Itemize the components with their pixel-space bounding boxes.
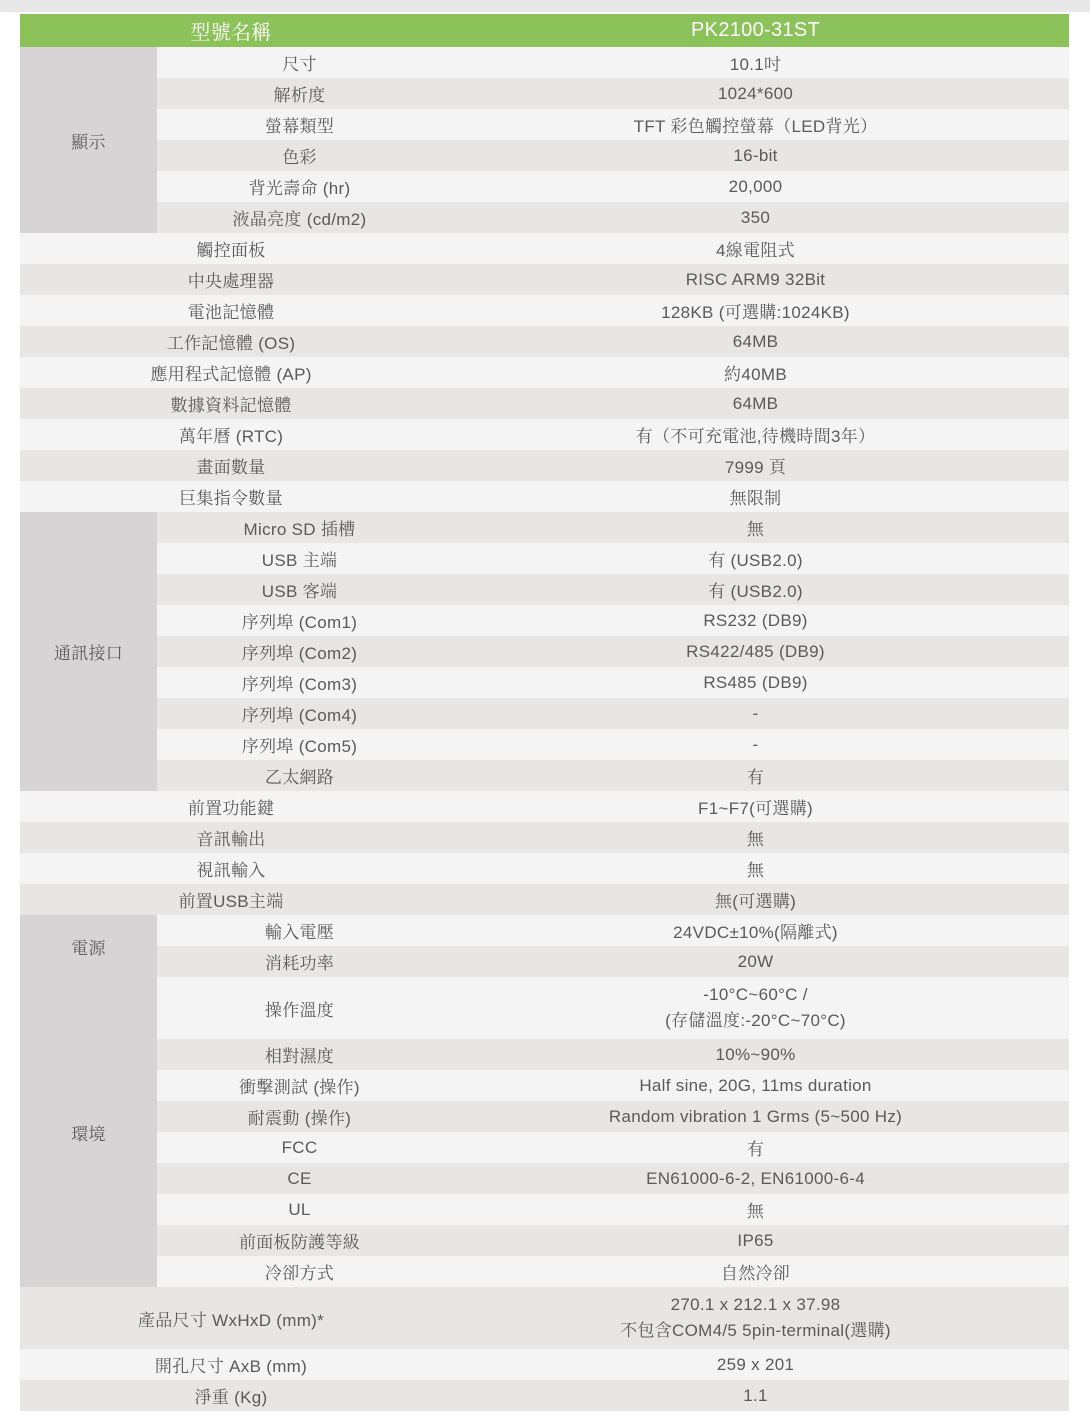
table-row: 衝擊測試 (操作)Half sine, 20G, 11ms duration [20,1070,1069,1101]
row-label: 序列埠 (Com3) [157,667,442,698]
row-label: 前面板防護等級 [157,1225,442,1256]
row-label: 尺寸 [157,47,442,78]
row-value: 10.1吋 [442,47,1069,78]
row-value: 1024*600 [442,78,1069,109]
row-value: 24VDC±10%(隔離式) [442,915,1069,946]
row-label: 中央處理器 [20,264,442,295]
row-value: - [442,698,1069,729]
model-number-header-cell: PK2100-31ST [442,14,1069,47]
row-value: 128KB (可選購:1024KB) [442,295,1069,326]
table-row: 產品尺寸 WxHxD (mm)*270.1 x 212.1 x 37.98不包含… [20,1287,1069,1349]
table-row: 序列埠 (Com1)RS232 (DB9) [20,605,1069,636]
row-value-line: -10°C~60°C / [442,982,1069,1008]
row-label: 序列埠 (Com1) [157,605,442,636]
table-row: 應用程式記憶體 (AP)約40MB [20,357,1069,388]
row-label: 畫面數量 [20,450,442,481]
table-row: CEEN61000-6-2, EN61000-6-4 [20,1163,1069,1194]
row-label: 液晶亮度 (cd/m2) [157,202,442,233]
row-label: 觸控面板 [20,233,442,264]
row-value: 自然冷卻 [442,1256,1069,1287]
spec-table-body: 顯示尺寸10.1吋解析度1024*600螢幕類型TFT 彩色觸控螢幕（LED背光… [20,47,1069,1411]
row-label: 音訊輸出 [20,822,442,853]
row-label: 開孔尺寸 AxB (mm) [20,1349,442,1380]
table-row: 數據資料記憶體64MB [20,388,1069,419]
row-value: -10°C~60°C /(存儲溫度:-20°C~70°C) [442,977,1069,1039]
row-label: 操作溫度 [157,977,442,1039]
table-row: 序列埠 (Com2)RS422/485 (DB9) [20,636,1069,667]
row-label: 前置功能鍵 [20,791,442,822]
table-row: 前置USB主端無(可選購) [20,884,1069,915]
row-value: 有 (USB2.0) [442,574,1069,605]
row-label: 乙太網路 [157,760,442,791]
row-value: EN61000-6-2, EN61000-6-4 [442,1163,1069,1194]
row-label: CE [157,1163,442,1194]
table-row: 序列埠 (Com3)RS485 (DB9) [20,667,1069,698]
row-label: 工作記憶體 (OS) [20,326,442,357]
row-value: IP65 [442,1225,1069,1256]
row-label: 前置USB主端 [20,884,442,915]
group-cell: 環境 [20,977,157,1287]
row-value: Half sine, 20G, 11ms duration [442,1070,1069,1101]
row-value: 無 [442,822,1069,853]
row-value: 16-bit [442,140,1069,171]
table-row: 螢幕類型TFT 彩色觸控螢幕（LED背光） [20,109,1069,140]
row-label: 視訊輸入 [20,853,442,884]
row-value: 259 x 201 [442,1349,1069,1380]
row-value: 270.1 x 212.1 x 37.98不包含COM4/5 5pin-term… [442,1287,1069,1349]
row-label: 序列埠 (Com5) [157,729,442,760]
row-value-line: (存儲溫度:-20°C~70°C) [442,1008,1069,1034]
table-row: UL無 [20,1194,1069,1225]
group-cell: 通訊接口 [20,512,157,791]
row-label: 數據資料記憶體 [20,388,442,419]
row-value: 64MB [442,388,1069,419]
table-row: 中央處理器RISC ARM9 32Bit [20,264,1069,295]
table-row: 背光壽命 (hr)20,000 [20,171,1069,202]
row-label: 解析度 [157,78,442,109]
row-value: 約40MB [442,357,1069,388]
row-label: 螢幕類型 [157,109,442,140]
group-cell: 電源 [20,915,157,977]
row-value: 無限制 [442,481,1069,512]
row-value: 4線電阻式 [442,233,1069,264]
row-value: 有（不可充電池,待機時間3年） [442,419,1069,450]
row-value: 64MB [442,326,1069,357]
model-name-header-cell: 型號名稱 [20,14,442,47]
top-strip [0,0,1090,12]
row-value: 20W [442,946,1069,977]
row-value: 無 [442,512,1069,543]
row-label: 序列埠 (Com4) [157,698,442,729]
row-label: 產品尺寸 WxHxD (mm)* [20,1287,442,1349]
table-row: 開孔尺寸 AxB (mm)259 x 201 [20,1349,1069,1380]
row-value: 無(可選購) [442,884,1069,915]
row-label: USB 主端 [157,543,442,574]
table-row: 消耗功率20W [20,946,1069,977]
table-row: 音訊輸出無 [20,822,1069,853]
row-value: - [442,729,1069,760]
row-label: UL [157,1194,442,1225]
table-row: 耐震動 (操作)Random vibration 1 Grms (5~500 H… [20,1101,1069,1132]
table-row: 觸控面板4線電阻式 [20,233,1069,264]
table-row: 工作記憶體 (OS)64MB [20,326,1069,357]
row-value: 1.1 [442,1380,1069,1411]
row-value: TFT 彩色觸控螢幕（LED背光） [442,109,1069,140]
table-row: 序列埠 (Com4)- [20,698,1069,729]
table-row: 冷卻方式自然冷卻 [20,1256,1069,1287]
row-value: F1~F7(可選購) [442,791,1069,822]
table-row: 淨重 (Kg)1.1 [20,1380,1069,1411]
table-row: 顯示尺寸10.1吋 [20,47,1069,78]
row-label: USB 客端 [157,574,442,605]
table-row: 電源輸入電壓24VDC±10%(隔離式) [20,915,1069,946]
row-value: 無 [442,1194,1069,1225]
table-row: FCC有 [20,1132,1069,1163]
table-row: 解析度1024*600 [20,78,1069,109]
row-label: 消耗功率 [157,946,442,977]
row-value: RS232 (DB9) [442,605,1069,636]
row-label: 巨集指令數量 [20,481,442,512]
table-row: 畫面數量7999 頁 [20,450,1069,481]
table-row: 相對濕度10%~90% [20,1039,1069,1070]
row-label: 應用程式記憶體 (AP) [20,357,442,388]
table-row: USB 主端有 (USB2.0) [20,543,1069,574]
table-row: 液晶亮度 (cd/m2)350 [20,202,1069,233]
table-row: USB 客端有 (USB2.0) [20,574,1069,605]
row-value: 7999 頁 [442,450,1069,481]
row-value: 20,000 [442,171,1069,202]
table-row: 前面板防護等級IP65 [20,1225,1069,1256]
row-value-line: 不包含COM4/5 5pin-terminal(選購) [442,1318,1069,1344]
group-cell: 顯示 [20,47,157,233]
table-row: 環境操作溫度-10°C~60°C /(存儲溫度:-20°C~70°C) [20,977,1069,1039]
row-value: RS422/485 (DB9) [442,636,1069,667]
table-header-row: 型號名稱 PK2100-31ST [20,14,1069,47]
row-value: 350 [442,202,1069,233]
row-value: RISC ARM9 32Bit [442,264,1069,295]
row-value: 10%~90% [442,1039,1069,1070]
row-label: 耐震動 (操作) [157,1101,442,1132]
row-value-line: 270.1 x 212.1 x 37.98 [442,1292,1069,1318]
table-row: 前置功能鍵F1~F7(可選購) [20,791,1069,822]
row-label: 相對濕度 [157,1039,442,1070]
row-label: 淨重 (Kg) [20,1380,442,1411]
row-label: 序列埠 (Com2) [157,636,442,667]
row-label: 萬年曆 (RTC) [20,419,442,450]
table-row: 巨集指令數量無限制 [20,481,1069,512]
row-label: 冷卻方式 [157,1256,442,1287]
row-value: Random vibration 1 Grms (5~500 Hz) [442,1101,1069,1132]
row-value: 有 [442,1132,1069,1163]
row-label: FCC [157,1132,442,1163]
row-label: 背光壽命 (hr) [157,171,442,202]
table-row: 通訊接口Micro SD 插槽無 [20,512,1069,543]
row-value: 有 (USB2.0) [442,543,1069,574]
row-label: 電池記憶體 [20,295,442,326]
row-value: RS485 (DB9) [442,667,1069,698]
row-label: 輸入電壓 [157,915,442,946]
table-row: 乙太網路有 [20,760,1069,791]
row-value: 無 [442,853,1069,884]
table-row: 序列埠 (Com5)- [20,729,1069,760]
table-row: 電池記憶體128KB (可選購:1024KB) [20,295,1069,326]
table-row: 色彩16-bit [20,140,1069,171]
table-row: 視訊輸入無 [20,853,1069,884]
row-value: 有 [442,760,1069,791]
spec-table: 型號名稱 PK2100-31ST 顯示尺寸10.1吋解析度1024*600螢幕類… [20,14,1069,1411]
table-row: 萬年曆 (RTC)有（不可充電池,待機時間3年） [20,419,1069,450]
row-label: Micro SD 插槽 [157,512,442,543]
row-label: 衝擊測試 (操作) [157,1070,442,1101]
row-label: 色彩 [157,140,442,171]
